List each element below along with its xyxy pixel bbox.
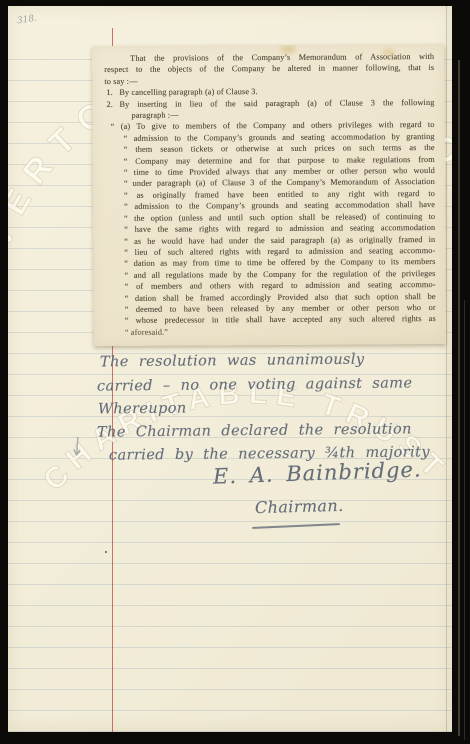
notice-clause-paragraph: “ (a) To give to members of the Company … — [105, 119, 436, 338]
page-stack-edge — [458, 60, 460, 736]
handwritten-line: carried – no one voting against same — [97, 375, 413, 394]
notice-intro-line: respect to the objects of the Company be… — [104, 62, 434, 75]
scanned-minute-book-photo: THE EVERTON COLLECTION CHARITABLE TRUST … — [0, 0, 470, 744]
ledger-page: THE EVERTON COLLECTION CHARITABLE TRUST … — [8, 6, 452, 732]
right-margin-line — [446, 6, 447, 732]
paper-stain — [280, 45, 296, 54]
list-item-number: 2. — [104, 99, 119, 122]
ink-speck — [105, 551, 107, 553]
list-item-number: 1. — [104, 87, 119, 98]
handwritten-line: The resolution was unanimously — [100, 352, 365, 371]
signature-title: Chairman. — [255, 496, 344, 517]
notice-list-item: 2.By inserting in lieu of the said parag… — [104, 97, 434, 122]
notice-clause-line: “ aforesaid.” — [112, 325, 436, 338]
notice-numbered-list: 1.By cancelling paragraph (a) of Clause … — [104, 85, 434, 121]
pasted-notice: That the provisions of the Company’s Mem… — [92, 44, 446, 346]
list-item-line: By inserting in lieu of the said paragra… — [119, 97, 434, 110]
paper-stain — [382, 48, 395, 57]
pencil-arrow-mark: ↓ — [69, 432, 85, 464]
handwritten-line: Whereupon — [98, 401, 187, 418]
list-item-lines: By inserting in lieu of the said paragra… — [119, 97, 434, 122]
handwritten-line: The Chairman declared the resolution — [97, 421, 412, 440]
page-stack-edge — [464, 300, 465, 740]
pencil-folio-annotation: 318. — [16, 14, 37, 27]
